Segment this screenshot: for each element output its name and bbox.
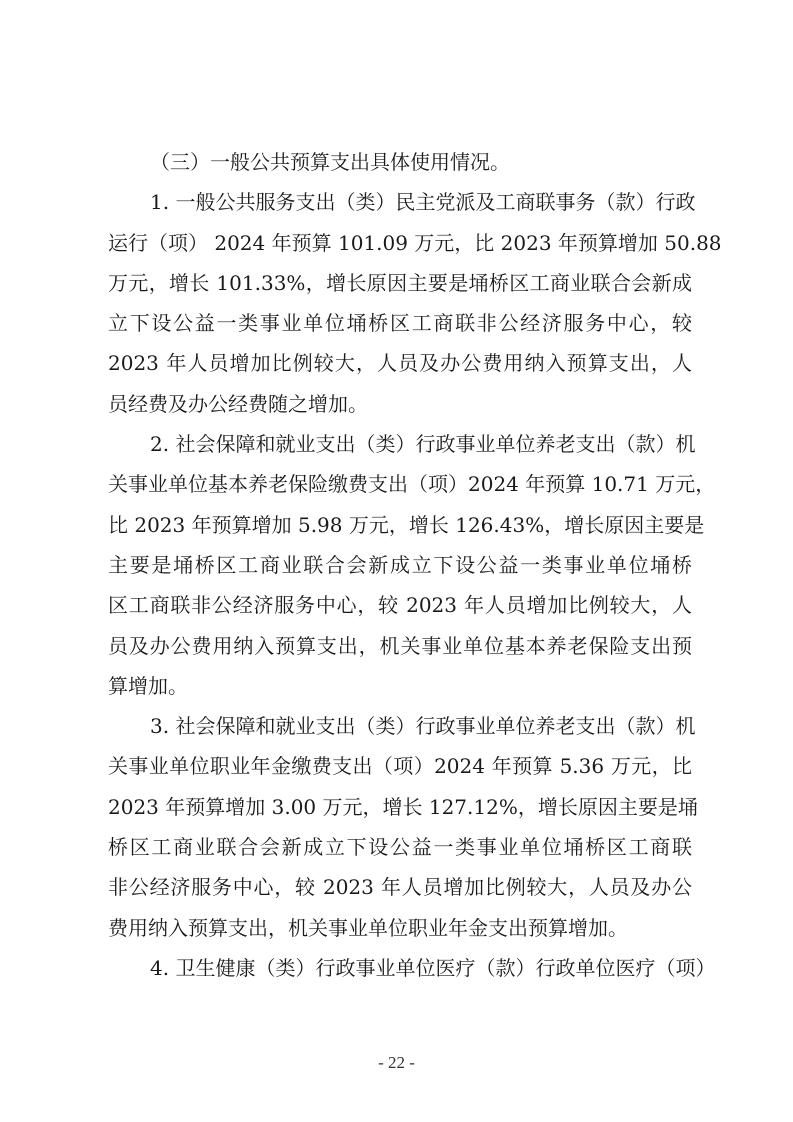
paragraph-4: 4. 卫生健康（类）行政事业单位医疗（款）行政单位医疗（项） (108, 948, 692, 988)
paragraph-line: 桥区工商业联合会新成立下设公益一类事业单位埇桥区工商联 (108, 827, 692, 867)
paragraph-3: 3. 社会保障和就业支出（类）行政事业单位养老支出（款）机 关事业单位职业年金缴… (108, 706, 692, 948)
paragraph-line: 万元，增长 101.33%，增长原因主要是埇桥区工商业联合会新成 (108, 263, 692, 303)
paragraph-line: 3. 社会保障和就业支出（类）行政事业单位养老支出（款）机 (108, 706, 692, 746)
paragraph-line: 区工商联非公经济服务中心，较 2023 年人员增加比例较大，人 (108, 585, 692, 625)
paragraph-line: 非公经济服务中心，较 2023 年人员增加比例较大，人员及办公 (108, 867, 692, 907)
paragraph-line: 2023 年人员增加比例较大，人员及办公费用纳入预算支出，人 (108, 343, 692, 383)
paragraph-line: 立下设公益一类事业单位埇桥区工商联非公经济服务中心，较 (108, 303, 692, 343)
paragraph-line: 关事业单位职业年金缴费支出（项）2024 年预算 5.36 万元，比 (108, 746, 692, 786)
paragraph-line: 费用纳入预算支出，机关事业单位职业年金支出预算增加。 (108, 908, 692, 948)
paragraph-line: 员及办公费用纳入预算支出，机关事业单位基本养老保险支出预 (108, 626, 692, 666)
page-number: - 22 - (0, 1053, 793, 1073)
paragraph-line: 1. 一般公共服务支出（类）民主党派及工商联事务（款）行政 (108, 182, 692, 222)
paragraph-line: 4. 卫生健康（类）行政事业单位医疗（款）行政单位医疗（项） (108, 948, 692, 988)
paragraph-line: 员经费及办公经费随之增加。 (108, 384, 692, 424)
paragraph-line: 主要是埇桥区工商业联合会新成立下设公益一类事业单位埇桥 (108, 545, 692, 585)
paragraph-line: 2023 年预算增加 3.00 万元，增长 127.12%，增长原因主要是埇 (108, 787, 692, 827)
paragraph-line: 运行（项） 2024 年预算 101.09 万元，比 2023 年预算增加 50… (108, 223, 692, 263)
document-page: （三）一般公共预算支出具体使用情况。 1. 一般公共服务支出（类）民主党派及工商… (108, 142, 692, 988)
section-heading: （三）一般公共预算支出具体使用情况。 (108, 142, 692, 182)
paragraph-line: 算增加。 (108, 666, 692, 706)
paragraph-2: 2. 社会保障和就业支出（类）行政事业单位养老支出（款）机 关事业单位基本养老保… (108, 424, 692, 706)
paragraph-1: 1. 一般公共服务支出（类）民主党派及工商联事务（款）行政 运行（项） 2024… (108, 182, 692, 424)
paragraph-line: 2. 社会保障和就业支出（类）行政事业单位养老支出（款）机 (108, 424, 692, 464)
paragraph-line: 比 2023 年预算增加 5.98 万元，增长 126.43%，增长原因主要是 (108, 505, 692, 545)
paragraph-line: 关事业单位基本养老保险缴费支出（项）2024 年预算 10.71 万元， (108, 464, 692, 504)
